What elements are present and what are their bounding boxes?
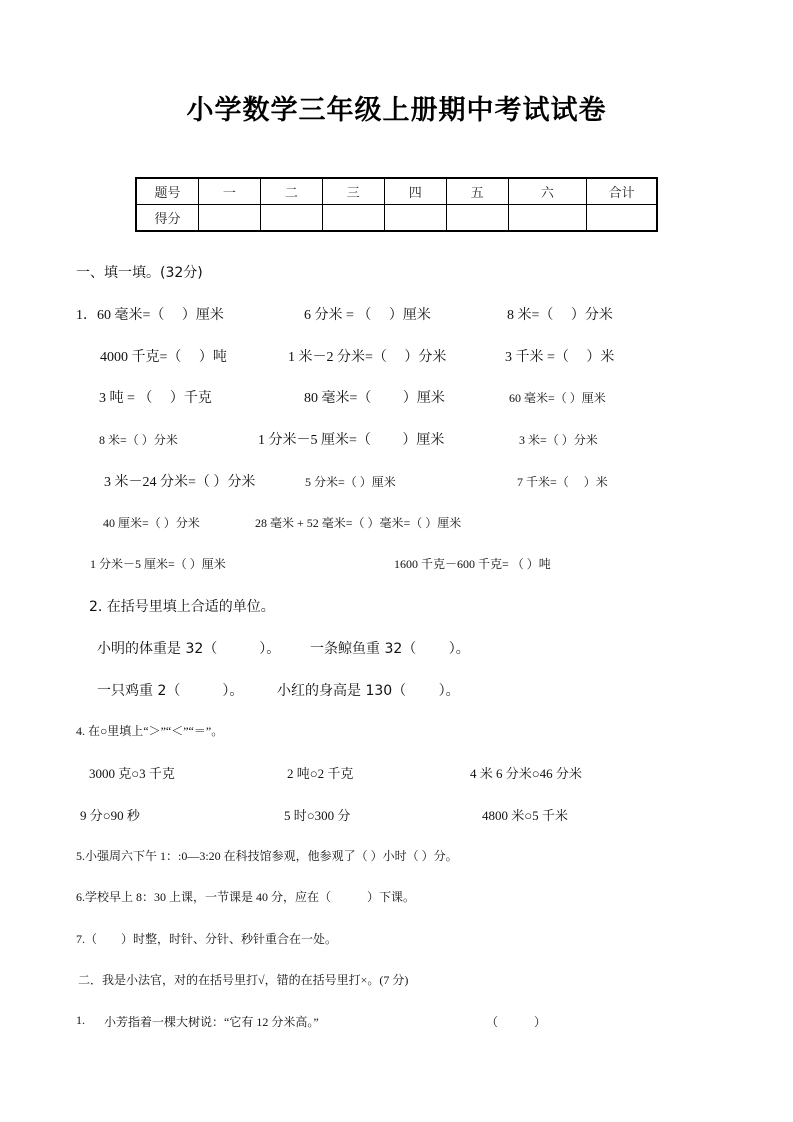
- score-table-header-row: 题号 一 二 三 四 五 六 合计: [136, 178, 657, 205]
- q4-heading: 4. 在○里填上“＞”“＜”“＝”。: [76, 722, 223, 739]
- q2-item: 小红的身高是 130（ ）。: [277, 680, 460, 700]
- header-cell: 六: [508, 178, 587, 205]
- q4-item: 2 吨○2 千克: [287, 763, 353, 782]
- q5-text: 5.小强周六下午 1：:0—3:20 在科技馆参观，他参观了（ ）小时（ ）分。: [76, 847, 458, 864]
- q2-heading: 2. 在括号里填上合适的单位。: [89, 596, 275, 616]
- q1-item: 3 米－24 分米=（ ）分米: [104, 471, 255, 491]
- header-cell: 三: [322, 178, 384, 205]
- header-cell: 题号: [136, 178, 198, 205]
- q1-item: 1 分米－5 厘米=（ ）厘米: [258, 429, 444, 449]
- score-table: 题号 一 二 三 四 五 六 合计 得分: [135, 177, 658, 232]
- q1-item: 4000 千克=（ ）吨: [100, 346, 227, 366]
- q1-item: 1600 千克－600 千克= （ ）吨: [394, 555, 551, 572]
- q4-item: 9 分○90 秒: [80, 805, 140, 824]
- answer-bracket[interactable]: （ ）: [486, 1013, 546, 1030]
- score-cell[interactable]: [322, 205, 384, 232]
- q4-item: 4800 米○5 千米: [482, 805, 568, 824]
- q7-text: 7.（ ）时整，时针、分针、秒针重合在一处。: [76, 930, 337, 947]
- score-cell[interactable]: [446, 205, 508, 232]
- q4-item: 3000 克○3 千克: [89, 763, 175, 782]
- section-2-item-text: 小芳指着一棵大树说：“它有 12 分米高。”: [104, 1013, 319, 1030]
- header-cell: 一: [198, 178, 260, 205]
- page-title: 小学数学三年级上册期中考试试卷: [0, 88, 793, 127]
- score-table-score-row: 得分: [136, 205, 657, 232]
- score-cell[interactable]: [198, 205, 260, 232]
- q2-item: 小明的体重是 32（ ）。: [97, 638, 280, 658]
- header-cell: 二: [260, 178, 322, 205]
- q2-item: 一只鸡重 2（ ）。: [97, 680, 243, 700]
- q1-item: 1．60 毫米=（ ）厘米: [76, 304, 224, 324]
- header-cell: 合计: [587, 178, 657, 205]
- q4-item: 5 时○300 分: [284, 805, 350, 824]
- q6-text: 6.学校早上 8：30 上课，一节课是 40 分，应在（ ）下课。: [76, 888, 415, 905]
- q1-item: 8 米=（ ）分米: [99, 431, 178, 448]
- section-2-item-number: 1.: [76, 1013, 85, 1028]
- section-2-heading: 二．我是小法官，对的在括号里打√，错的在括号里打×。(7 分): [78, 971, 408, 988]
- q2-item: 一条鲸鱼重 32（ ）。: [310, 638, 470, 658]
- score-row-label: 得分: [136, 205, 198, 232]
- q4-item: 4 米 6 分米○46 分米: [470, 763, 582, 782]
- score-cell[interactable]: [508, 205, 587, 232]
- score-cell[interactable]: [587, 205, 657, 232]
- q1-item: 80 毫米=（ ）厘米: [304, 387, 445, 407]
- q1-item: 40 厘米=（ ）分米: [103, 514, 200, 531]
- q1-item: 1 米－2 分米=（ ）分米: [288, 346, 446, 366]
- score-cell[interactable]: [384, 205, 446, 232]
- header-cell: 四: [384, 178, 446, 205]
- q1-item: 5 分米=（ ）厘米: [305, 473, 396, 490]
- q1-item: 6 分米 = （ ）厘米: [304, 304, 431, 324]
- q1-item: 3 千米 =（ ）米: [505, 346, 614, 366]
- q1-item: 3 吨 = （ ）千克: [99, 387, 212, 407]
- header-cell: 五: [446, 178, 508, 205]
- q1-item: 60 毫米=（ ）厘米: [509, 389, 606, 406]
- section-1-heading: 一、填一填。(32分): [76, 262, 203, 282]
- q1-item: 28 毫米 + 52 毫米=（ ）毫米=（ ）厘米: [255, 514, 461, 531]
- q1-item: 8 米=（ ）分米: [507, 304, 613, 324]
- q1-item: 1 分米－5 厘米=（ ）厘米: [90, 555, 226, 572]
- q1-item: 3 米=（ ）分米: [519, 431, 598, 448]
- score-cell[interactable]: [260, 205, 322, 232]
- q1-item: 7 千米=（ ）米: [517, 473, 608, 490]
